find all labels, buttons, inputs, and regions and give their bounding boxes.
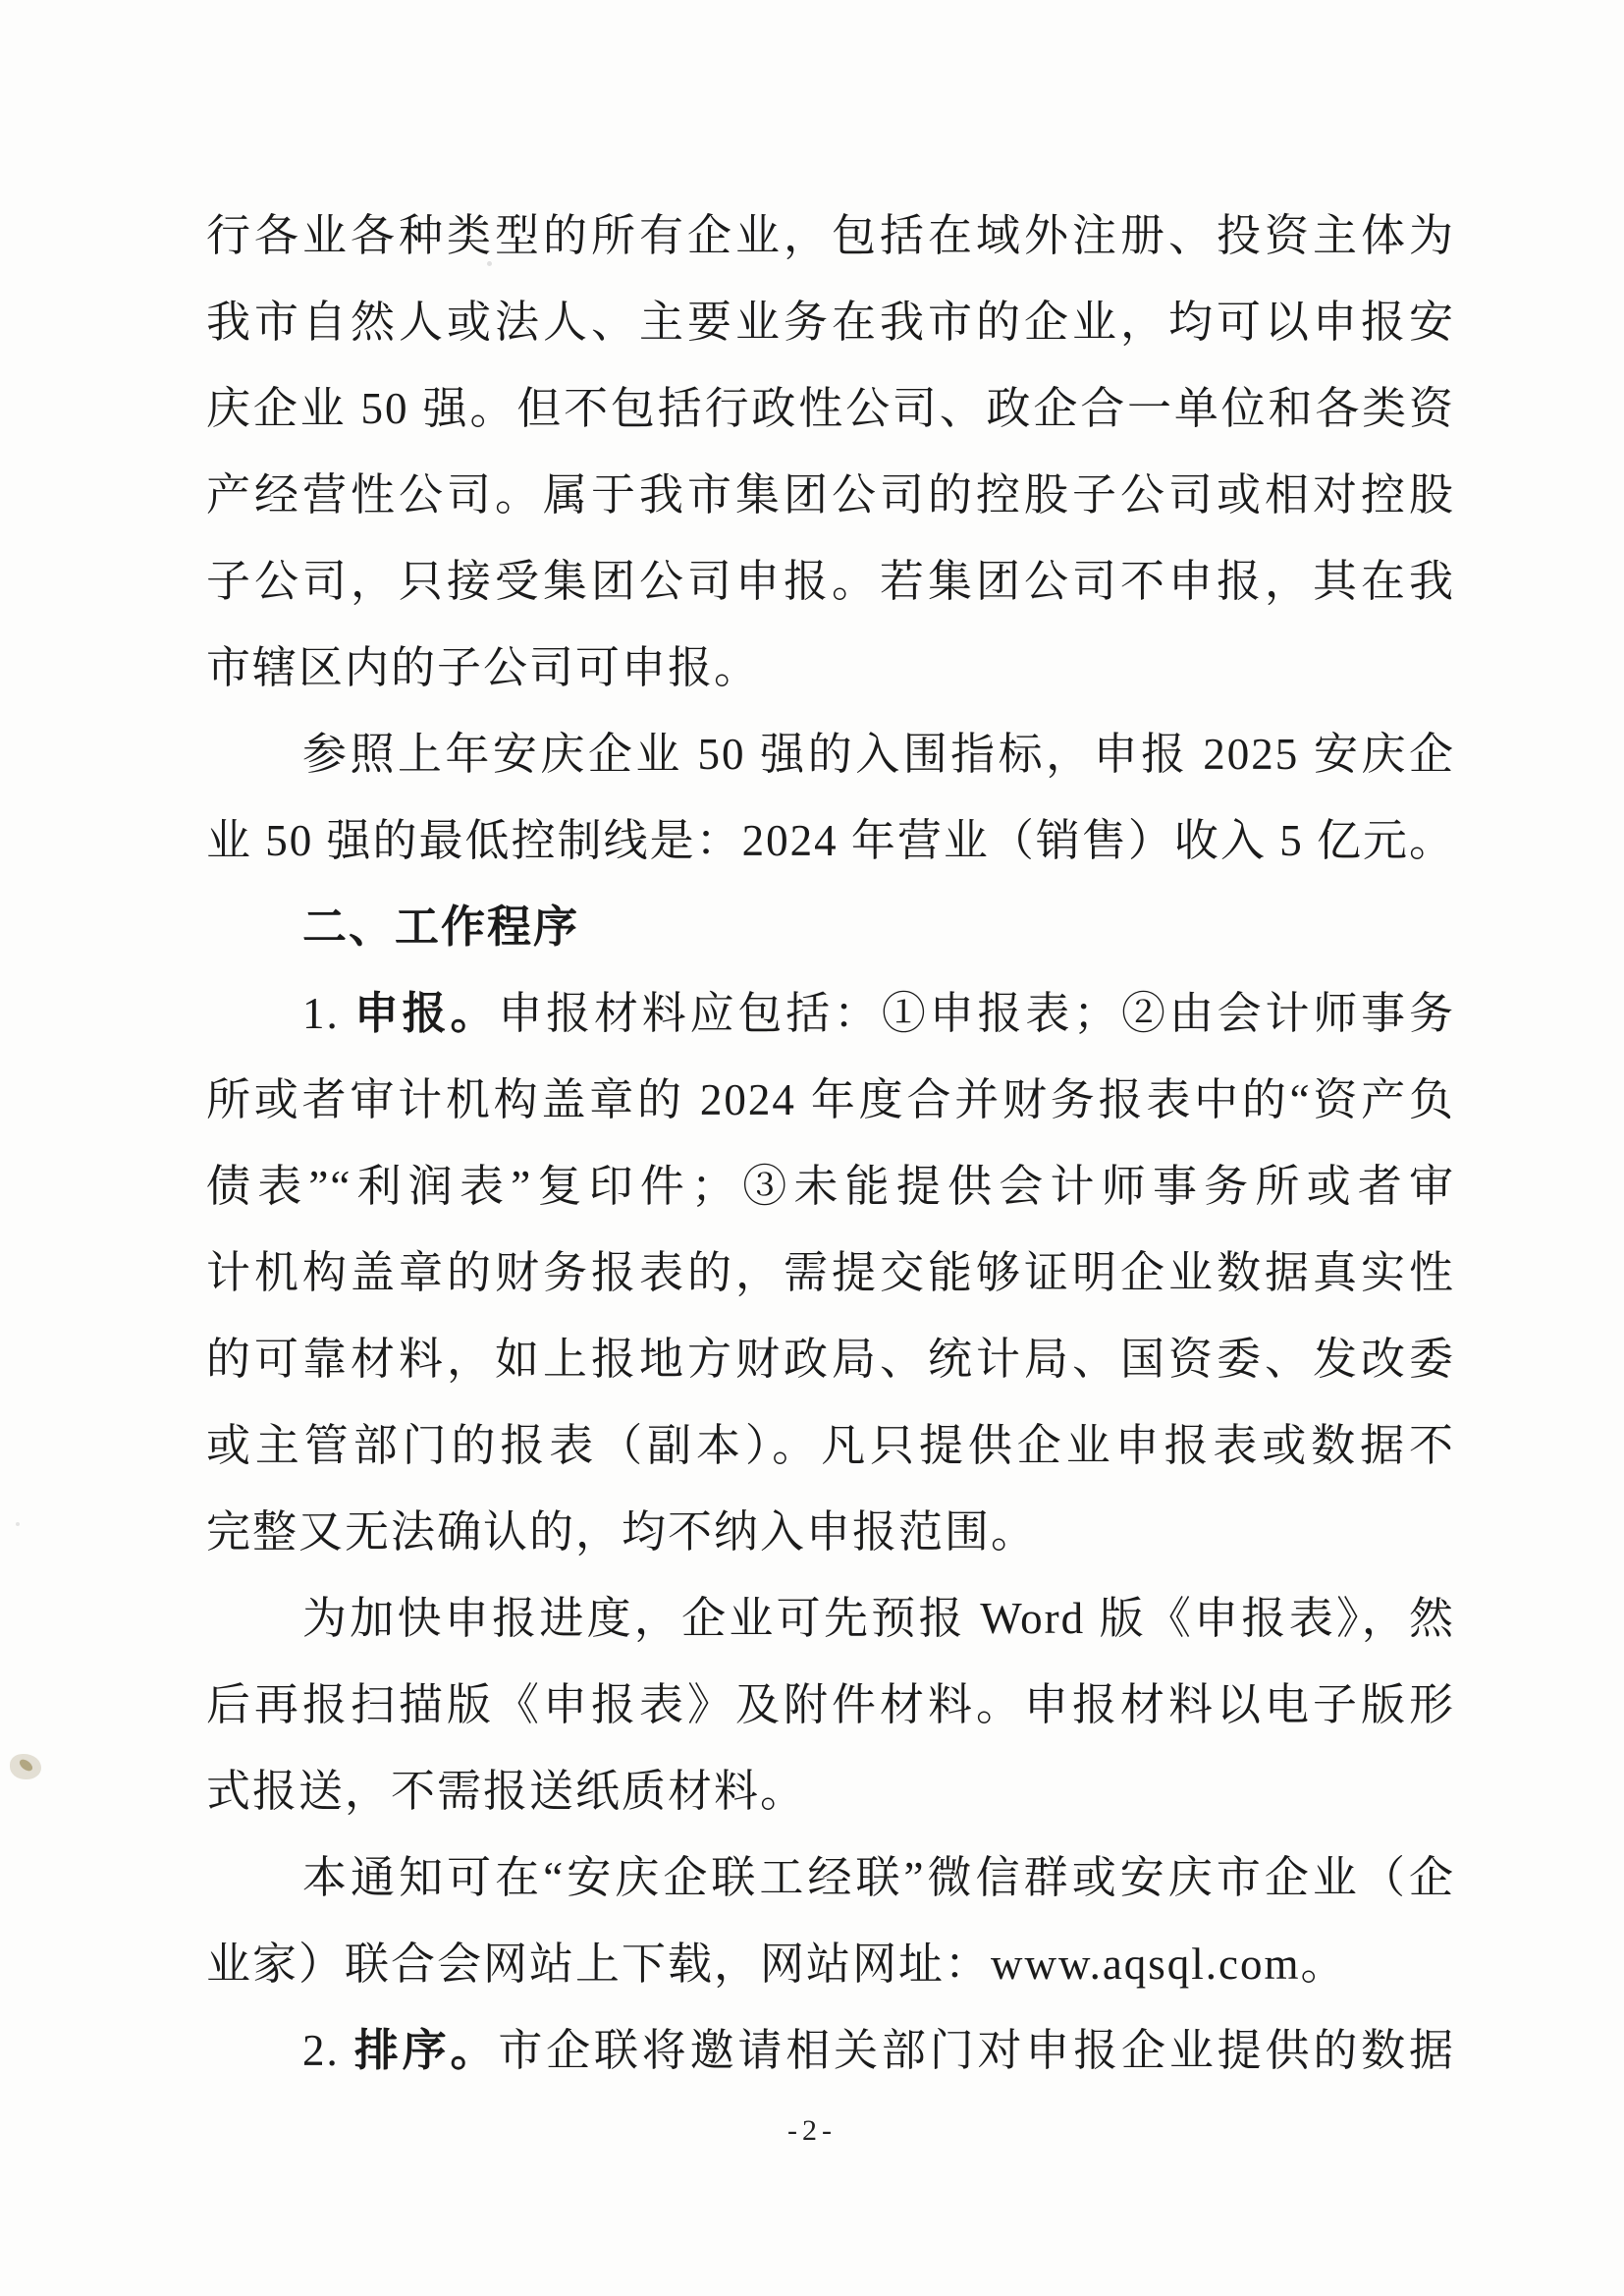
scan-smudge	[10, 1754, 41, 1779]
body-line-14: 的可靠材料，如上报地方财政局、统计局、国资委、发改委	[206, 1316, 1455, 1402]
website-url-text: 业家）联合会网站上下载，网站网址：www.aqsql.com。	[206, 1940, 1347, 1989]
page-number: -2-	[0, 2109, 1624, 2153]
body-line-19: 式报送，不需报送纸质材料。	[206, 1748, 1455, 1834]
body-line-21: 业家）联合会网站上下载，网站网址：www.aqsql.com。	[206, 1921, 1455, 2007]
body-line-22: 2. 排序。市企联将邀请相关部门对申报企业提供的数据	[206, 2007, 1455, 2094]
body-line-12: 债表”“利润表”复印件；③未能提供会计师事务所或者审	[206, 1143, 1455, 1230]
body-line-15: 或主管部门的报表（副本）。凡只提供企业申报表或数据不	[206, 1402, 1455, 1489]
body-line-02: 我市自然人或法人、主要业务在我市的企业，均可以申报安	[206, 279, 1455, 365]
body-line-16: 完整又无法确认的，均不纳入申报范围。	[206, 1489, 1455, 1575]
body-line-17: 为加快申报进度，企业可先预报 Word 版《申报表》，然	[206, 1575, 1455, 1662]
scan-smudge-core	[18, 1757, 34, 1773]
scan-speck	[16, 1522, 20, 1526]
document-body: 行各业各种类型的所有企业，包括在域外注册、投资主体为 我市自然人或法人、主要业务…	[206, 192, 1455, 2094]
body-line-20: 本通知可在“安庆企联工经联”微信群或安庆市企业（企	[206, 1834, 1455, 1921]
body-line-03: 庆企业 50 强。但不包括行政性公司、政企合一单位和各类资	[206, 365, 1455, 452]
body-line-04: 产经营性公司。属于我市集团公司的控股子公司或相对控股	[206, 452, 1455, 538]
scan-speck	[487, 261, 492, 266]
body-line-11: 所或者审计机构盖章的 2024 年度合并财务报表中的“资产负	[206, 1057, 1455, 1143]
body-line-13: 计机构盖章的财务报表的，需提交能够证明企业数据真实性	[206, 1230, 1455, 1316]
body-line-01: 行各业各种类型的所有企业，包括在域外注册、投资主体为	[206, 192, 1455, 279]
body-line-07: 参照上年安庆企业 50 强的入围指标，申报 2025 安庆企	[206, 711, 1455, 797]
body-line-08: 业 50 强的最低控制线是：2024 年营业（销售）收入 5 亿元。	[206, 797, 1455, 884]
document-page: 行各业各种类型的所有企业，包括在域外注册、投资主体为 我市自然人或法人、主要业务…	[0, 0, 1624, 2296]
body-line-06: 市辖区内的子公司可申报。	[206, 625, 1455, 711]
body-line-18: 后再报扫描版《申报表》及附件材料。申报材料以电子版形	[206, 1662, 1455, 1748]
section-heading: 二、工作程序	[206, 884, 1455, 970]
body-line-05: 子公司，只接受集团公司申报。若集团公司不申报，其在我	[206, 538, 1455, 625]
body-line-10: 1. 申报。申报材料应包括：①申报表；②由会计师事务	[206, 970, 1455, 1057]
